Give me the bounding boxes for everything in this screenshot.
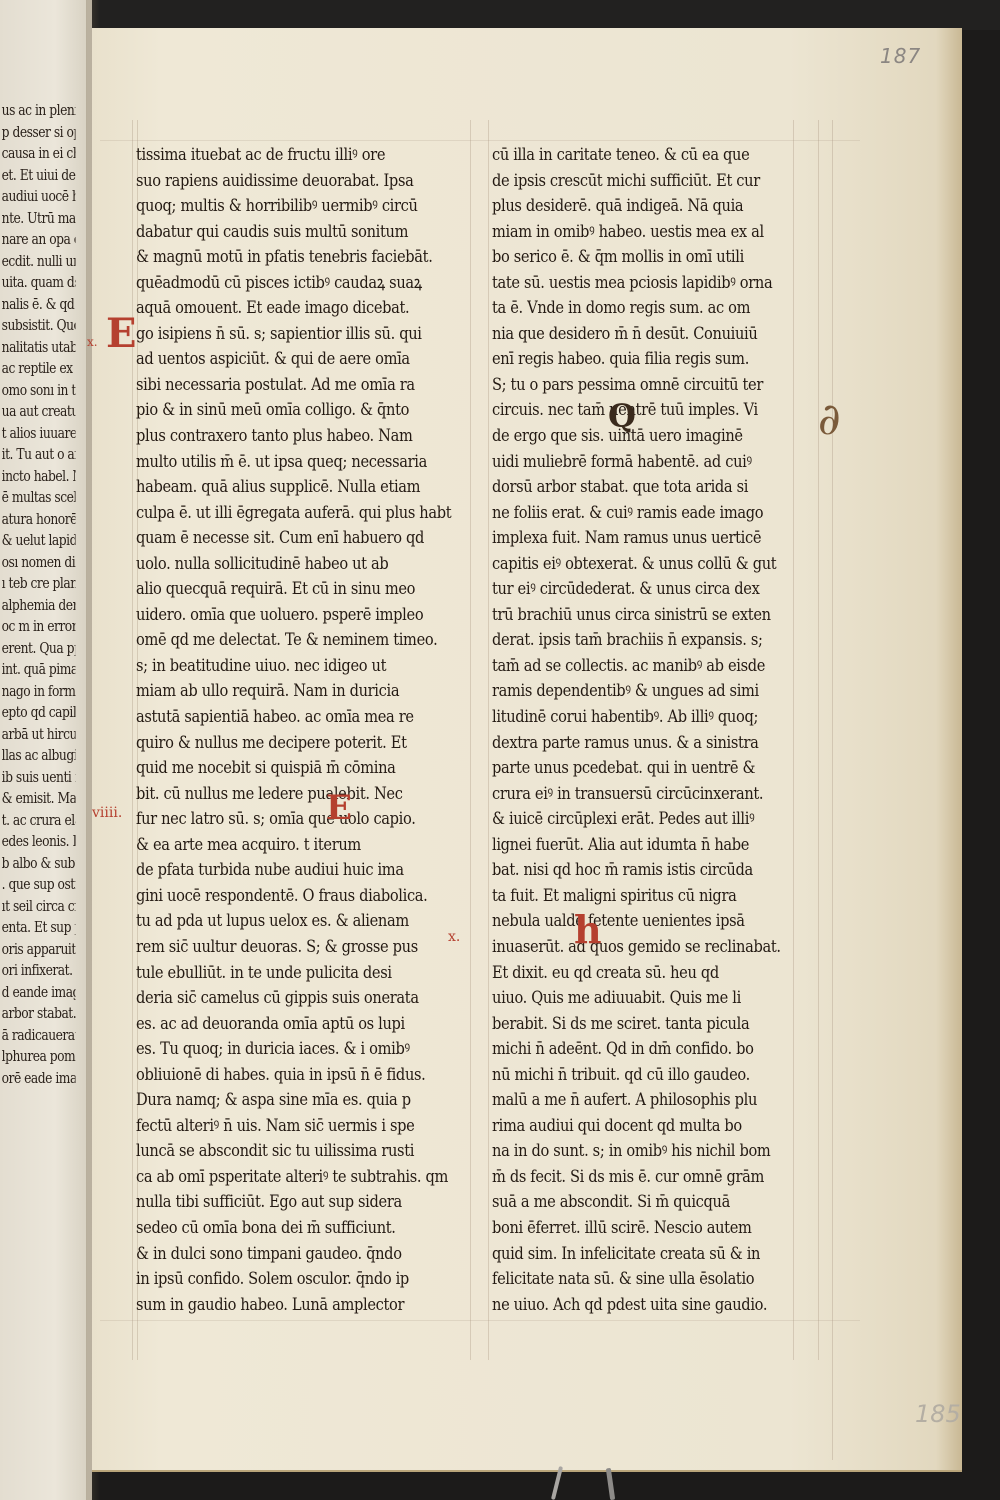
- rubric-initial-e: E: [326, 790, 352, 826]
- text-line: atura honorē & du: [0, 509, 75, 531]
- text-line: nia que desidero m̄ n̄ desūt. Conuiuiū: [492, 322, 776, 348]
- text-line: capitis eiꝰ obtexerat. & unus collū & gu…: [492, 552, 776, 578]
- text-line: tur eiꝰ circūdederat. & unus circa dex: [492, 577, 776, 603]
- text-line: quid sim. In infelicitate creata sū & in: [492, 1242, 776, 1268]
- text-line: suo rapiens auidissime deuorabat. Ipsa: [136, 169, 433, 195]
- text-line: ib suis uenti fori: [0, 767, 75, 789]
- text-line: arbor stabat. que ra: [0, 1003, 75, 1025]
- text-line: subsistit. Quonı ho: [0, 315, 75, 337]
- text-line: culpa ē. ut illi ēgregata auferā. qui pl…: [136, 501, 433, 527]
- text-line: d eande imagine: [0, 982, 75, 1004]
- text-line: lignei fuerūt. Alia aut idumta n̄ habe: [492, 833, 776, 859]
- text-line: luncā se abscondit sic tu uilissima rust…: [136, 1139, 433, 1165]
- text-line: uita. quam ds dast: [0, 272, 75, 294]
- text-line: alphemia denidec: [0, 595, 75, 617]
- text-line: & ea arte mea acquiro. t iterum: [136, 833, 433, 859]
- text-line: fectū alteriꝰ n̄ uis. Nam sic̄ uermis i …: [136, 1114, 433, 1140]
- text-line: felicitate nata sū. & sine ulla ēsolatio: [492, 1267, 776, 1293]
- text-line: michi n̄ adeēnt. Qd in dm̄ confido. bo: [492, 1037, 776, 1063]
- text-line: & iuicē circūplexi erāt. Pedes aut illiꝰ: [492, 807, 776, 833]
- text-line: ca ab omī psperitate alteriꝰ te subtrahi…: [136, 1165, 433, 1191]
- text-line: it. Tu aut o ari mag: [0, 444, 75, 466]
- text-line: tule ebulliūt. in te unde pulicita desi: [136, 961, 433, 987]
- text-line: ı teb cre plangere: [0, 573, 75, 595]
- paraph-mark-icon: ∂: [818, 398, 854, 444]
- text-line: enta. Et sup pectus: [0, 917, 75, 939]
- text-line: quam ē necesse sit. Cum enī habuero qd: [136, 526, 433, 552]
- text-line: s; in beatitudine uiuo. nec idigeo ut: [136, 654, 433, 680]
- text-line: quēadmodū cū pisces ictibꝰ caudaꝝ suaꝝ: [136, 271, 433, 297]
- text-line: ta fuit. Et maligni spiritus cū nigra: [492, 884, 776, 910]
- text-line: bo serico ē. & q̄m mollis in omī utili: [492, 245, 776, 271]
- text-line: tate sū. uestis mea pciosis lapidibꝰ orn…: [492, 271, 776, 297]
- text-line: quiro & nullus me decipere poterit. Et: [136, 731, 433, 757]
- text-line: crura eiꝰ in transuersū circūcinxerant.: [492, 782, 776, 808]
- text-line: et. Et uiui de fon: [0, 165, 75, 187]
- text-line: suā a me abscondit. Si m̄ quicquā: [492, 1190, 776, 1216]
- text-line: sedeo cū omīa bona dei m̄ sufficiunt.: [136, 1216, 433, 1242]
- text-line: ā radicauerat. & cu: [0, 1025, 75, 1047]
- text-line: erent. Qua ppt mil: [0, 638, 75, 660]
- text-line: inuaserūt. ad quos gemido se reclinabat.: [492, 935, 776, 961]
- text-line: in ipsū confido. Solem osculor. q̄ndo ip: [136, 1267, 433, 1293]
- text-line: nū michi n̄ tribuit. qd cū illo gaudeo.: [492, 1063, 776, 1089]
- text-line: enī regis habeo. quia filia regis sum.: [492, 347, 776, 373]
- rubric-initial-h: h: [574, 912, 602, 948]
- text-line: fur nec latro sū. s; omīa que uolo capio…: [136, 807, 433, 833]
- text-line: int. quā pima dub: [0, 659, 75, 681]
- text-line: & in dulci sono timpani gaudeo. q̄ndo: [136, 1242, 433, 1268]
- text-line: ıt seil circa crura: [0, 896, 75, 918]
- text-line: pio & in sinū meū omīa colligo. & q̄nto: [136, 398, 433, 424]
- ruling-line: [100, 1320, 860, 1321]
- text-column-a: tissima ituebat ac de fructu illiꝰ oresu…: [136, 143, 481, 1318]
- text-line: miam in omibꝰ habeo. uestis mea ex al: [492, 220, 776, 246]
- text-line: litudinē corui habentibꝰ. Ab illiꝰ quoq;: [492, 705, 776, 731]
- text-line: cū illa in caritate teneo. & cū ea que: [492, 143, 776, 169]
- text-line: uolo. nulla sollicitudinē habeo ut ab: [136, 552, 433, 578]
- text-line: & magnū motū in pfatis tenebris faciebāt…: [136, 245, 433, 271]
- text-line: de pfata turbida nube audiui huic ima: [136, 858, 433, 884]
- text-line: miam ab ullo requirā. Nam in duricia: [136, 679, 433, 705]
- text-line: dextra parte ramus unus. & a sinistra: [492, 731, 776, 757]
- text-line: S; tu o pars pessima omnē circuitū ter: [492, 373, 776, 399]
- text-line: us ac in pleni opis: [0, 100, 75, 122]
- text-line: quid me nocebit si quispiā m̄ cōmina: [136, 756, 433, 782]
- text-line: tam̄ ad se collectis. ac manibꝰ ab eisde: [492, 654, 776, 680]
- text-line: plus contraxero tanto plus habeo. Nam: [136, 424, 433, 450]
- text-line: go isipiens n̄ sū. s; sapientior illis s…: [136, 322, 433, 348]
- old-folio-number: 185: [915, 1400, 961, 1428]
- text-line: malū a me n̄ aufert. A philosophis plu: [492, 1088, 776, 1114]
- text-line: ne foliis erat. & cuiꝰ ramis eade imago: [492, 501, 776, 527]
- folio-number: 187: [880, 44, 921, 68]
- text-line: deria sic̄ camelus cū gippis suis onerat…: [136, 986, 433, 1012]
- text-line: alio quecquā requirā. Et cū in sinu meo: [136, 577, 433, 603]
- text-line: omo sonı in tanto: [0, 380, 75, 402]
- text-line: epto qd capillis ca: [0, 702, 75, 724]
- text-line: arbā ut hircus hab: [0, 724, 75, 746]
- text-line: es. Tu quoq; in duricia iaces. & i omibꝰ: [136, 1037, 433, 1063]
- text-line: nago in forma ho: [0, 681, 75, 703]
- text-line: dabatur qui caudis suis multū sonitum: [136, 220, 433, 246]
- text-line: quoq; multis & horribilibꝰ uermibꝰ circū: [136, 194, 433, 220]
- ruling-line: [488, 120, 489, 1360]
- text-line: de ipsis crescūt michi sufficiūt. Et cur: [492, 169, 776, 195]
- text-line: oc m in errorē duc: [0, 616, 75, 638]
- text-line: causa in ei chidemus: [0, 143, 75, 165]
- text-line: nulla tibi sufficiūt. Ego aut sup sidera: [136, 1190, 433, 1216]
- text-line: m̄ ds fecit. Si ds mis ē. cur omnē grām: [492, 1165, 776, 1191]
- ribbon-marker: [606, 1468, 615, 1500]
- text-line: nalis ē. & qd: [0, 294, 75, 316]
- marginal-rubric-viiii: viiii.: [92, 805, 122, 821]
- text-line: nte. Utrū magis plam: [0, 208, 75, 230]
- text-line: p desser si opa ei dic: [0, 122, 75, 144]
- text-line: aquā omouent. Et eade imago dicebat.: [136, 296, 433, 322]
- text-line: boni ēferret. illū scirē. Nescio autem: [492, 1216, 776, 1242]
- text-line: Et dixit. eu qd creata sū. heu qd: [492, 961, 776, 987]
- text-line: nare an opa eiꝰ Term: [0, 229, 75, 251]
- text-line: berabit. Si ds me sciret. tanta picula: [492, 1012, 776, 1038]
- text-line: ac reptile ex deinde: [0, 358, 75, 380]
- text-line: nalitatis utabil dı: [0, 337, 75, 359]
- text-line: tu ad pda ut lupus uelox es. & alienam: [136, 909, 433, 935]
- text-line: derat. ipsis tam̄ brachiis n̄ expansis. …: [492, 628, 776, 654]
- text-line: ecdit. nulli uni dom: [0, 251, 75, 273]
- text-line: na in do sunt. s; in omibꝰ his nichil bo…: [492, 1139, 776, 1165]
- text-line: edes leonis. Indu: [0, 831, 75, 853]
- rubric-initial-e: E: [106, 316, 137, 352]
- text-line: astutā sapientiā habeo. ac omīa mea re: [136, 705, 433, 731]
- text-line: uiuo. Quis me adiuuabit. Quis me li: [492, 986, 776, 1012]
- text-line: t alios iuuare pot: [0, 423, 75, 445]
- text-line: sibi necessaria postulat. Ad me omīa ra: [136, 373, 433, 399]
- text-line: ē multas scelera: [0, 487, 75, 509]
- text-line: habeam. quā alius supplicē. Nulla etiam: [136, 475, 433, 501]
- text-line: dorsū arbor stabat. que tota arida si: [492, 475, 776, 501]
- text-line: nebula ualde fetente uenientes ipsā: [492, 909, 776, 935]
- text-line: Dura namq; & aspa sine mīa es. quia p: [136, 1088, 433, 1114]
- text-line: uidero. omīa que uoluero. psperē impleo: [136, 603, 433, 629]
- text-line: es. ac ad deuoranda omīa aptū os lupi: [136, 1012, 433, 1038]
- text-line: ori infixerat. S; dors: [0, 960, 75, 982]
- text-line: gini uocē respondentē. O fraus diabolica…: [136, 884, 433, 910]
- text-line: uidi muliebrē formā habentē. ad cuiꝰ: [492, 450, 776, 476]
- text-line: incto habel. Nam: [0, 466, 75, 488]
- text-line: ne uiuo. Ach qd pdest uita sine gaudio.: [492, 1293, 776, 1319]
- text-line: parte unus pcedebat. qui in uentrē &: [492, 756, 776, 782]
- text-line: b albo & subnigro: [0, 853, 75, 875]
- text-line: obliuionē di habes. quia in ipsū n̄ ē fi…: [136, 1063, 433, 1089]
- left-page-edge: us ac in pleni opisp desser si opa ei di…: [0, 0, 92, 1500]
- text-line: audiui uocē huic ima: [0, 186, 75, 208]
- text-line: tissima ituebat ac de fructu illiꝰ ore: [136, 143, 433, 169]
- text-line: multo utilis m̄ ē. ut ipsa queq; necessa…: [136, 450, 433, 476]
- text-line: llas ac albugine oc: [0, 745, 75, 767]
- text-line: rem sic̄ uultur deuoras. S; & grosse pus: [136, 935, 433, 961]
- marginal-rubric-x: x.: [448, 929, 460, 945]
- ruling-line: [832, 120, 833, 1460]
- text-line: omē qd me delectat. Te & neminem timeo.: [136, 628, 433, 654]
- text-line: rima audiui qui docent qd multa bo: [492, 1114, 776, 1140]
- background-strip: [0, 0, 1000, 30]
- text-line: & uelut lapide uil: [0, 530, 75, 552]
- text-line: lphurea poma fuer: [0, 1046, 75, 1068]
- marginal-rubric-x: x.: [87, 335, 98, 349]
- text-line: orē eade imago dılig: [0, 1068, 75, 1090]
- text-line: . que sup ostricta: [0, 874, 75, 896]
- initial-q: Q: [608, 398, 636, 434]
- text-line: trū brachiū unus circa sinistrū se exten: [492, 603, 776, 629]
- text-line: ad uentos aspiciūt. & qui de aere omīa: [136, 347, 433, 373]
- text-line: ua aut creatura m: [0, 401, 75, 423]
- text-line: bat. nisi qd hoc m̄ ramis istis circūda: [492, 858, 776, 884]
- ruling-line: [132, 120, 133, 1360]
- text-line: ramis dependentibꝰ & ungues ad simi: [492, 679, 776, 705]
- text-line: plus desiderē. quā indigeā. Nā quia: [492, 194, 776, 220]
- text-line: bit. cū nullus me ledere pualebit. Nec: [136, 782, 433, 808]
- text-line: t. ac crura elang: [0, 810, 75, 832]
- text-line: implexa fuit. Nam ramus unus uerticē: [492, 526, 776, 552]
- left-page-text: us ac in pleni opisp desser si opa ei di…: [0, 100, 92, 1089]
- text-line: ta ē. Vnde in domo regis sum. ac om: [492, 296, 776, 322]
- text-line: osı nomen di hu di: [0, 552, 75, 574]
- text-line: & emisit. Manus qu: [0, 788, 75, 810]
- text-line: sum in gaudio habeo. Lunā amplector: [136, 1293, 433, 1319]
- text-line: oris apparuit. qui po: [0, 939, 75, 961]
- ruling-line: [100, 140, 860, 141]
- text-column-b: cū illa in caritate teneo. & cū ea quede…: [492, 143, 822, 1318]
